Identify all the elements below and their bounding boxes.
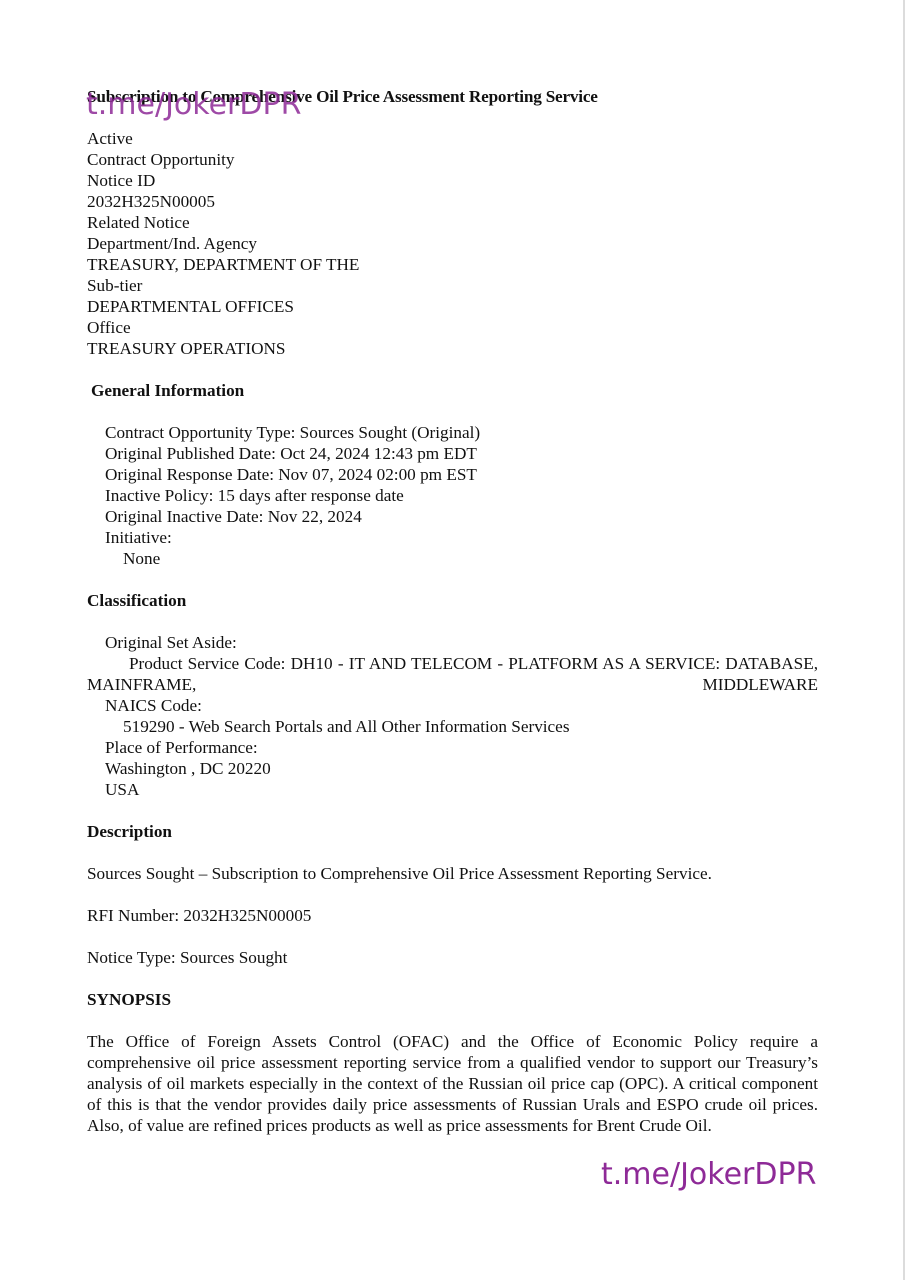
description-heading: Description	[87, 821, 818, 842]
related-notice-label: Related Notice	[87, 212, 818, 233]
office-label: Office	[87, 317, 818, 338]
naics-value: 519290 - Web Search Portals and All Othe…	[87, 716, 818, 737]
place-of-performance-label: Place of Performance:	[87, 737, 818, 758]
info-row: Inactive Policy: 15 days after response …	[87, 485, 818, 506]
classification-section: Original Set Aside: Product Service Code…	[87, 632, 818, 800]
department-value: TREASURY, DEPARTMENT OF THE	[87, 254, 818, 275]
place-country: USA	[87, 779, 818, 800]
synopsis-heading: SYNOPSIS	[87, 989, 818, 1010]
department-label: Department/Ind. Agency	[87, 233, 818, 254]
rfi-number: RFI Number: 2032H325N00005	[87, 905, 818, 926]
info-row: Original Inactive Date: Nov 22, 2024	[87, 506, 818, 527]
watermark-top: t.me/JokerDPR	[86, 88, 301, 122]
subtier-value: DEPARTMENTAL OFFICES	[87, 296, 818, 317]
product-service-code: Product Service Code: DH10 - IT AND TELE…	[87, 653, 818, 695]
classification-heading: Classification	[87, 590, 818, 611]
info-row: Original Response Date: Nov 07, 2024 02:…	[87, 464, 818, 485]
naics-label: NAICS Code:	[87, 695, 818, 716]
info-row: Original Published Date: Oct 24, 2024 12…	[87, 443, 818, 464]
status-text: Active	[87, 128, 818, 149]
initiative-value: None	[87, 548, 818, 569]
notice-metadata: Active Contract Opportunity Notice ID 20…	[87, 128, 818, 359]
notice-category: Contract Opportunity	[87, 149, 818, 170]
info-row: Contract Opportunity Type: Sources Sough…	[87, 422, 818, 443]
notice-type: Notice Type: Sources Sought	[87, 947, 818, 968]
general-information-section: Contract Opportunity Type: Sources Sough…	[87, 422, 818, 569]
description-line: Sources Sought – Subscription to Compreh…	[87, 863, 818, 884]
watermark-bottom: t.me/JokerDPR	[601, 1158, 816, 1192]
place-city: Washington , DC 20220	[87, 758, 818, 779]
notice-document: Subscription to Comprehensive Oil Price …	[87, 86, 818, 1136]
subtier-label: Sub-tier	[87, 275, 818, 296]
notice-id-value: 2032H325N00005	[87, 191, 818, 212]
set-aside-label: Original Set Aside:	[87, 632, 818, 653]
office-value: TREASURY OPERATIONS	[87, 338, 818, 359]
info-row: Initiative:	[87, 527, 818, 548]
general-information-heading: General Information	[87, 380, 818, 401]
notice-id-label: Notice ID	[87, 170, 818, 191]
synopsis-text: The Office of Foreign Assets Control (OF…	[87, 1031, 818, 1136]
